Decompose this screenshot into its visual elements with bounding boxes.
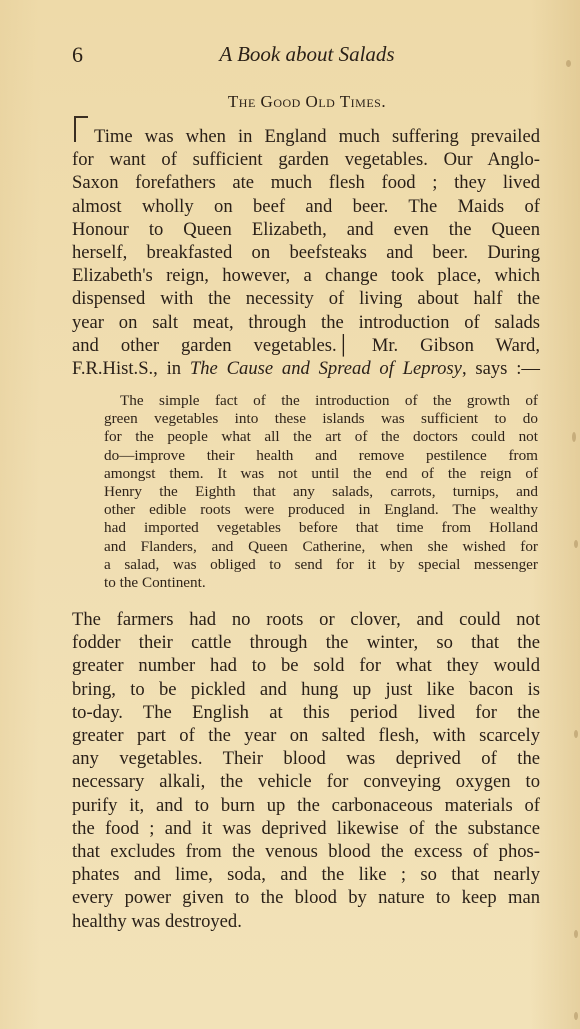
closing-paragraph: The farmers had no roots or clover, and … <box>72 608 540 933</box>
text-line: for want of sufficient garden vegetables… <box>72 148 540 171</box>
text-line: that excludes from the venous blood the … <box>72 840 540 863</box>
edge-speck <box>574 540 578 548</box>
text-line: phates and lime, soda, and the like ; so… <box>72 863 540 886</box>
text-line: The farmers had no roots or clover, and … <box>72 608 540 631</box>
cited-work-title: The Cause and Spread of Leprosy <box>190 358 462 379</box>
quote-line: other edible roots were produced in Engl… <box>104 501 538 519</box>
quote-line: The simple fact of the introduction of t… <box>104 392 538 410</box>
text-line: herself, breakfasted on beefsteaks and b… <box>72 241 540 264</box>
quote-line: do—improve their health and remove pesti… <box>104 447 538 465</box>
quote-line: amongst them. It was not until the end o… <box>104 465 538 483</box>
text-line: dispensed with the necessity of living a… <box>72 287 540 310</box>
quote-line: Henry the Eighth that any salads, carrot… <box>104 483 538 501</box>
text-line: to-day. The English at this period lived… <box>72 701 540 724</box>
running-head: 6 A Book about Salads <box>72 42 542 72</box>
block-quote: The simple fact of the introduction of t… <box>104 392 538 592</box>
edge-speck <box>574 1012 578 1020</box>
text-line: purify it, and to burn up the carbonaceo… <box>72 794 540 817</box>
section-title: The Good Old Times. <box>72 92 542 112</box>
quote-line: to the Continent. <box>104 574 538 592</box>
text-line: year on salt meat, through the introduct… <box>72 311 540 334</box>
text-line: and other garden vegetables.│ Mr. Gibson… <box>72 334 540 357</box>
citation-line: F.R.Hist.S., in The Cause and Spread of … <box>72 357 540 380</box>
text-line: Elizabeth's reign, however, a change too… <box>72 264 540 287</box>
citation-suffix: , says :— <box>462 358 540 379</box>
text-line: the food ; and it was deprived likewise … <box>72 817 540 840</box>
edge-speck <box>572 432 576 442</box>
running-title: A Book about Salads <box>72 42 542 67</box>
intro-paragraph: Time was when in England much suffering … <box>72 125 540 380</box>
text-line: greater number had to be sold for what t… <box>72 654 540 677</box>
text-line: almost wholly on beef and beer. The Maid… <box>72 195 540 218</box>
text-line: necessary alkali, the vehicle for convey… <box>72 770 540 793</box>
edge-speck <box>566 60 571 67</box>
text-line: Saxon forefathers ate much flesh food ; … <box>72 171 540 194</box>
text-line: any vegetables. Their blood was deprived… <box>72 747 540 770</box>
text-line: fodder their cattle through the winter, … <box>72 631 540 654</box>
edge-speck <box>574 730 578 738</box>
text-line: greater part of the year on salted flesh… <box>72 724 540 747</box>
edge-speck <box>574 930 578 938</box>
quote-line: a salad, was obliged to send for it by s… <box>104 556 538 574</box>
text-line: every power given to the blood by nature… <box>72 886 540 909</box>
text-line: Time was when in England much suffering … <box>72 125 540 148</box>
citation-prefix: F.R.Hist.S., in <box>72 358 190 379</box>
quote-line: and Flanders, and Queen Catherine, when … <box>104 538 538 556</box>
text-line: healthy was destroyed. <box>72 910 540 933</box>
text-line: bring, to be pickled and hung up just li… <box>72 678 540 701</box>
text-line: Honour to Queen Elizabeth, and even the … <box>72 218 540 241</box>
book-page: 6 A Book about Salads The Good Old Times… <box>0 0 580 1029</box>
quote-line: for the people what all the art of the d… <box>104 428 538 446</box>
quote-line: had imported vegetables before that time… <box>104 519 538 537</box>
quote-line: green vegetables into these islands was … <box>104 410 538 428</box>
